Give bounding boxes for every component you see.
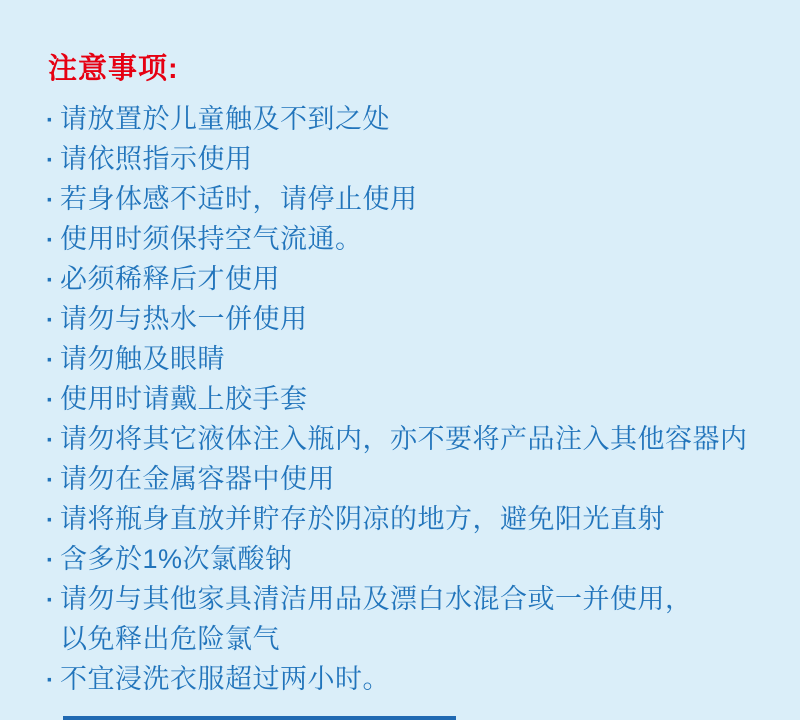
- notice-line-continuation: · 以免释出危险氯气: [46, 619, 800, 659]
- notice-line-text: 请勿触及眼睛: [60, 339, 225, 379]
- notice-list: · 请放置於儿童触及不到之处 · 请依照指示使用 · 若身体感不适时，请停止使用…: [0, 99, 800, 699]
- notice-line: · 请勿在金属容器中使用: [46, 459, 800, 499]
- notice-line-text: 以免释出危险氯气: [60, 619, 280, 659]
- notice-line: · 使用时请戴上胶手套: [46, 379, 800, 419]
- notice-line-text: 使用时须保持空气流通。: [60, 219, 363, 259]
- notice-line: · 请勿与其他家具清洁用品及漂白水混合或一并使用，: [46, 579, 800, 619]
- notice-title: 注意事项:: [0, 0, 800, 99]
- bullet-dot: ·: [46, 101, 60, 141]
- notice-line-text: 必须稀释后才使用: [60, 259, 280, 299]
- bullet-dot: ·: [46, 141, 60, 181]
- notice-line-text: 若身体感不适时，请停止使用: [60, 179, 418, 219]
- bullet-dot: ·: [46, 421, 60, 461]
- bullet-dot: ·: [46, 661, 60, 701]
- bullet-dot: ·: [46, 301, 60, 341]
- bullet-dot: ·: [46, 381, 60, 421]
- notice-line: · 使用时须保持空气流通。: [46, 219, 800, 259]
- notice-line-text: 使用时请戴上胶手套: [60, 379, 308, 419]
- bullet-dot: ·: [46, 181, 60, 221]
- bullet-dot: ·: [46, 581, 60, 621]
- product-caution-label: 注意事项: · 请放置於儿童触及不到之处 · 请依照指示使用 · 若身体感不适时…: [0, 0, 800, 720]
- bullet-dot: ·: [46, 221, 60, 261]
- notice-line-text: 请勿与其他家具清洁用品及漂白水混合或一并使用，: [60, 579, 693, 619]
- notice-line: · 必须稀释后才使用: [46, 259, 800, 299]
- notice-line-text: 请勿与热水一併使用: [60, 299, 308, 339]
- notice-line: · 请勿与热水一併使用: [46, 299, 800, 339]
- notice-line: · 若身体感不适时，请停止使用: [46, 179, 800, 219]
- bullet-dot: ·: [46, 341, 60, 381]
- notice-line-text: 请勿将其它液体注入瓶内，亦不要将产品注入其他容器内: [60, 419, 748, 459]
- notice-line: · 含多於1%次氯酸钠: [46, 539, 800, 579]
- notice-line: · 请勿触及眼睛: [46, 339, 800, 379]
- notice-line-text: 不宜浸洗衣服超过两小时。: [60, 659, 390, 699]
- bullet-dot: ·: [46, 541, 60, 581]
- notice-line: · 不宜浸洗衣服超过两小时。: [46, 659, 800, 699]
- bullet-dot: ·: [46, 261, 60, 301]
- next-section-edge-bar: [63, 716, 456, 720]
- notice-line-text: 请放置於儿童触及不到之处: [60, 99, 390, 139]
- notice-line: · 请放置於儿童触及不到之处: [46, 99, 800, 139]
- notice-line-text: 含多於1%次氯酸钠: [60, 539, 293, 579]
- bullet-dot: ·: [46, 461, 60, 501]
- notice-line-text: 请勿在金属容器中使用: [60, 459, 335, 499]
- notice-line-text: 请将瓶身直放并貯存於阴凉的地方，避免阳光直射: [60, 499, 665, 539]
- notice-line-text: 请依照指示使用: [60, 139, 253, 179]
- notice-line: · 请依照指示使用: [46, 139, 800, 179]
- notice-line: · 请将瓶身直放并貯存於阴凉的地方，避免阳光直射: [46, 499, 800, 539]
- bullet-dot: ·: [46, 501, 60, 541]
- notice-line: · 请勿将其它液体注入瓶内，亦不要将产品注入其他容器内: [46, 419, 800, 459]
